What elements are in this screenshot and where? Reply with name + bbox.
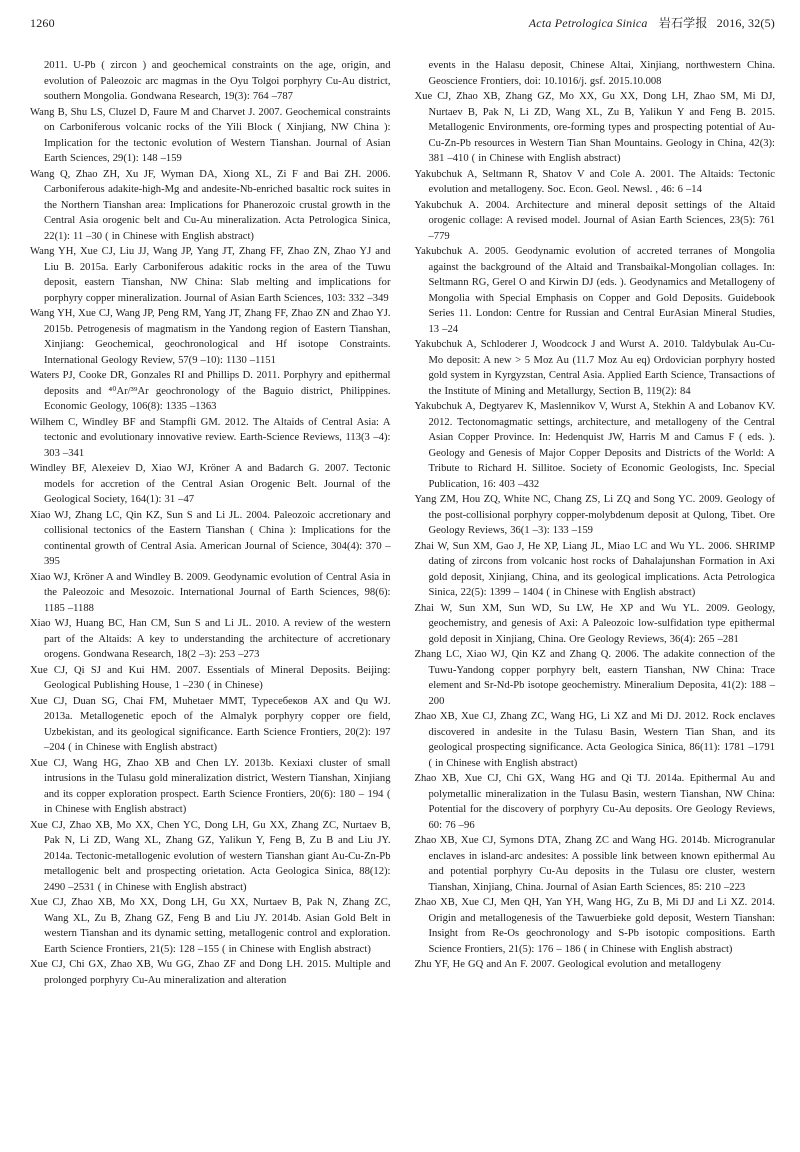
reference-entry: Yang ZM, Hou ZQ, White NC, Chang ZS, Li … xyxy=(415,492,776,539)
reference-entry: Xue CJ, Zhao XB, Zhang GZ, Mo XX, Gu XX,… xyxy=(415,89,776,167)
reference-entry: Xue CJ, Chi GX, Zhao XB, Wu GG, Zhao ZF … xyxy=(30,957,391,988)
reference-entry: Wang YH, Xue CJ, Wang JP, Peng RM, Yang … xyxy=(30,306,391,368)
running-header: 1260 Acta Petrologica Sinica 岩石学报 2016, … xyxy=(30,14,775,31)
reference-entry: Zhai W, Sun XM, Gao J, He XP, Liang JL, … xyxy=(415,539,776,601)
reference-entry: Yakubchuk A, Schloderer J, Woodcock J an… xyxy=(415,337,776,399)
reference-entry: Wang Q, Zhao ZH, Xu JF, Wyman DA, Xiong … xyxy=(30,167,391,245)
journal-page: 1260 Acta Petrologica Sinica 岩石学报 2016, … xyxy=(0,0,800,1152)
reference-entry: Zhao XB, Xue CJ, Zhang ZC, Wang HG, Li X… xyxy=(415,709,776,771)
reference-entry: Zhao XB, Xue CJ, Symons DTA, Zhang ZC an… xyxy=(415,833,776,895)
reference-entry: Zhu YF, He GQ and An F. 2007. Geological… xyxy=(415,957,776,973)
reference-entry: Zhao XB, Xue CJ, Chi GX, Wang HG and Qi … xyxy=(415,771,776,833)
reference-entry: Yakubchuk A. 2004. Architecture and mine… xyxy=(415,198,776,245)
reference-entry: Xiao WJ, Kröner A and Windley B. 2009. G… xyxy=(30,570,391,617)
reference-entry: Yakubchuk A. 2005. Geodynamic evolution … xyxy=(415,244,776,337)
reference-entry: Zhai W, Sun XM, Sun WD, Su LW, He XP and… xyxy=(415,601,776,648)
reference-entry: Xue CJ, Zhao XB, Mo XX, Dong LH, Gu XX, … xyxy=(30,895,391,957)
reference-entry: Wang YH, Xue CJ, Liu JJ, Wang JP, Yang J… xyxy=(30,244,391,306)
references-columns: 2011. U-Pb ( zircon ) and geochemical co… xyxy=(30,58,775,988)
reference-entry: Zhao XB, Xue CJ, Men QH, Yan YH, Wang HG… xyxy=(415,895,776,957)
reference-entry: Yakubchuk A, Degtyarev K, Maslennikov V,… xyxy=(415,399,776,492)
reference-entry: Wilhem C, Windley BF and Stampfli GM. 20… xyxy=(30,415,391,462)
reference-entry: Xue CJ, Wang HG, Zhao XB and Chen LY. 20… xyxy=(30,756,391,818)
reference-entry: Wang B, Shu LS, Cluzel D, Faure M and Ch… xyxy=(30,105,391,167)
reference-entry: Xue CJ, Duan SG, Chai FM, Muhetaer MMT, … xyxy=(30,694,391,756)
reference-entry: events in the Halasu deposit, Chinese Al… xyxy=(415,58,776,89)
journal-header: Acta Petrologica Sinica 岩石学报 2016, 32(5) xyxy=(529,14,775,31)
reference-entry: Zhang LC, Xiao WJ, Qin KZ and Zhang Q. 2… xyxy=(415,647,776,709)
reference-entry: Yakubchuk A, Seltmann R, Shatov V and Co… xyxy=(415,167,776,198)
references-left-column: 2011. U-Pb ( zircon ) and geochemical co… xyxy=(30,58,391,988)
references-right-column: events in the Halasu deposit, Chinese Al… xyxy=(415,58,776,988)
reference-entry: Windley BF, Alexeiev D, Xiao WJ, Kröner … xyxy=(30,461,391,508)
reference-entry: Xue CJ, Zhao XB, Mo XX, Chen YC, Dong LH… xyxy=(30,818,391,896)
journal-title-latin: Acta Petrologica Sinica xyxy=(529,16,648,30)
reference-entry: Xue CJ, Qi SJ and Kui HM. 2007. Essentia… xyxy=(30,663,391,694)
journal-title-cjk: 岩石学报 xyxy=(659,16,708,30)
reference-entry: Waters PJ, Cooke DR, Gonzales RI and Phi… xyxy=(30,368,391,415)
journal-issue-info: 2016, 32(5) xyxy=(717,16,775,30)
reference-entry: Xiao WJ, Zhang LC, Qin KZ, Sun S and Li … xyxy=(30,508,391,570)
page-number: 1260 xyxy=(30,16,55,31)
reference-entry: Xiao WJ, Huang BC, Han CM, Sun S and Li … xyxy=(30,616,391,663)
reference-entry: 2011. U-Pb ( zircon ) and geochemical co… xyxy=(30,58,391,105)
